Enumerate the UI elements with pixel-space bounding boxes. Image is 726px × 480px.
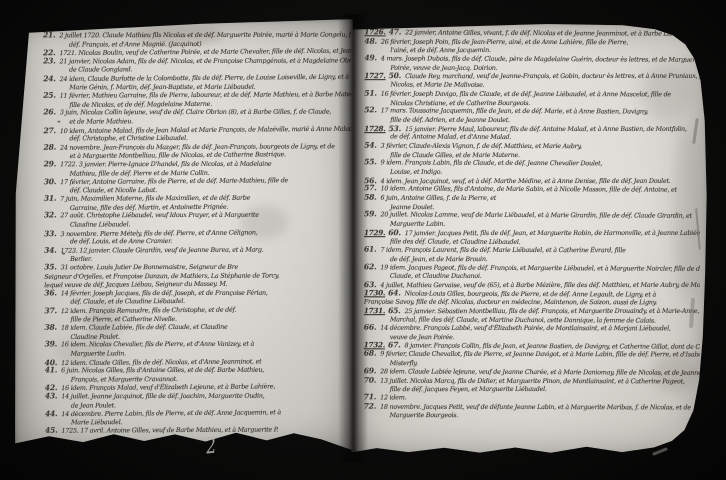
entry-number: 72. — [364, 402, 376, 411]
entry-number: 21. — [43, 31, 55, 40]
entry-text: Louise, et Indigo. — [390, 168, 442, 177]
entry-text: de déf. Jean, et de Marie Brouin. — [390, 255, 488, 264]
entry-text: de Jean Poulet. — [71, 401, 116, 410]
entry-text: Marguerite Ludin. — [71, 349, 126, 358]
entry-number: 70. — [364, 376, 376, 385]
entry-text: Marie Liébaudel. — [71, 418, 122, 427]
register-line: Claude, et Claudine Duchanoi. — [364, 272, 700, 281]
entry-text: 7 idem. François Laurent, fils de déf. M… — [380, 246, 625, 255]
entry-number: 45. — [45, 427, 58, 436]
entry-text: de Claude Gongland. — [69, 66, 132, 75]
entry-number: 61. — [364, 246, 376, 255]
entry-text: Françoise Savoy, fille de déf. Nicolas, … — [364, 298, 657, 307]
entry-number: 54. — [364, 142, 376, 151]
register-line: 61.7 idem. François Laurent, fils de déf… — [364, 246, 700, 255]
register-line: 63.4 juillet, Mathieu Gervaise, veuf de … — [364, 281, 700, 290]
entry-number: 60. — [388, 229, 400, 238]
entry-number: 58. — [364, 194, 376, 203]
register-line: 51.16 février. Joseph Davigo, fils de Cl… — [364, 89, 700, 98]
entry-text: déf. Christophe, et Christine Liébaudel. — [69, 134, 187, 143]
register-line: Louise, et Indigo. — [364, 168, 700, 177]
frayed-edge-fiber — [652, 447, 668, 456]
entry-number: 39. — [45, 341, 57, 350]
entry-text: 4 juillet, Mathieu Gervaise, veuf de (65… — [380, 281, 700, 290]
register-line: 45.1725. 17 avril. Antoine Gilles, veuf … — [45, 425, 353, 435]
entry-number: 38. — [44, 324, 57, 333]
entry-number: 23. — [43, 57, 55, 66]
entry-text: Poirée, veuve de Jean-Jacq. Doirion. — [390, 63, 497, 72]
entry-number: 34. — [44, 247, 57, 256]
entry-number: 64. — [388, 289, 401, 298]
entry-text: de déf. Antoine Malad, et d'Anne Malad. — [390, 133, 511, 142]
register-line: Marguerite Bourgeois. — [364, 411, 700, 420]
entry-text: 1725. 17 avril. Antoine Gilles, veuf de … — [61, 426, 278, 436]
year-label: 1726. — [364, 28, 385, 37]
entry-text: de déf. Louis, et de Anne Cramier. — [70, 237, 172, 246]
entry-number: 43. — [45, 392, 57, 401]
entry-number: 71. — [364, 393, 377, 402]
entry-text: 12 idem. — [380, 393, 406, 402]
register-line: 1729.60.17 janvier. Jacques Petit, fils … — [364, 229, 700, 238]
entry-number: 28. — [44, 143, 57, 152]
entry-number: 52. — [364, 106, 377, 115]
left-page: 21.2 juillet 1720. Claude Mathieu fils N… — [13, 19, 355, 453]
entry-number: 32. — [44, 212, 56, 221]
entry-number: 47. — [389, 28, 402, 37]
entry-number: 59. — [364, 211, 377, 220]
entry-text: fille de déf. Adrien, et de Jeanne Doule… — [390, 116, 510, 125]
entry-text: déf. Claude, et Nicolle Labat. — [70, 186, 157, 195]
entry-text: Marguerite Bourgeois. — [390, 411, 458, 420]
entry-number: 57. — [364, 185, 377, 194]
entry-text: Nicolas, et Marie De Malivoise. — [390, 80, 484, 89]
entry-number: 66. — [364, 324, 376, 333]
entry-number: 68. — [364, 350, 376, 359]
entry-text: 16 février. Joseph Davigo, fils de Claud… — [381, 89, 671, 98]
entry-number: 48. — [364, 37, 376, 46]
entry-text: fille de Pierre, et Catherine Nivelle. — [70, 315, 176, 324]
register-line: de déf. Jean, et de Marie Brouin. — [364, 255, 700, 264]
entry-number: 26. — [43, 109, 55, 118]
entry-number: 69. — [364, 367, 377, 376]
scanned-register-spread: 21.2 juillet 1720. Claude Mathieu fils N… — [0, 0, 726, 480]
entry-number: 51. — [364, 89, 376, 98]
entry-number: 67. — [388, 341, 401, 350]
entry-number: 29. — [44, 160, 56, 169]
entry-text: 25 janvier. Sébastien Montbelliau, fils … — [405, 307, 700, 316]
entry-number: 36. — [44, 289, 56, 298]
entry-number: 49. — [364, 54, 377, 63]
entry-number: 25. — [43, 92, 56, 101]
entry-text: Marguerite Labin. — [390, 220, 445, 229]
year-label: 1730. — [364, 289, 385, 298]
entry-number: 62. — [364, 263, 377, 272]
entry-number: 41. — [45, 366, 57, 375]
left-page-lines: 21.2 juillet 1720. Claude Mathieu fils N… — [43, 30, 353, 436]
entry-number: 35. — [44, 263, 56, 272]
entry-text: et de Marie Mathieu. — [69, 117, 133, 126]
entry-text: 6 juin, Antoine Gilles, f. de la Pierre,… — [381, 194, 497, 203]
entry-text: fille des déf. Claude, et Claudine Liéba… — [390, 237, 520, 246]
entry-text: Claudine Liébaudel. — [70, 220, 130, 229]
entry-text: 17 janvier. Jacques Petit, fils de déf. … — [405, 229, 700, 238]
entry-text: Claude, et Claudine Duchanoi. — [390, 272, 482, 281]
entry-text: 3 février, Claude-Alexis Vignon, f. de d… — [381, 142, 582, 151]
year-label: 1732. — [364, 341, 385, 350]
register-line: fille de déf. Adrien, et de Jeanne Doule… — [364, 116, 700, 125]
register-line: 54.3 février, Claude-Alexis Vignon, f. d… — [364, 142, 700, 151]
right-page: 1726.47.22 janvier, Antoine Gilles, viva… — [352, 22, 709, 459]
entry-number: 31. — [44, 195, 57, 204]
register-line: 58.6 juin, Antoine Gilles, f. de la Pier… — [364, 194, 700, 203]
right-page-lines: 1726.47.22 janvier, Antoine Gilles, viva… — [364, 29, 701, 421]
register-line: Marguerite Labin. — [364, 220, 700, 229]
entry-number: 55. — [364, 159, 377, 168]
